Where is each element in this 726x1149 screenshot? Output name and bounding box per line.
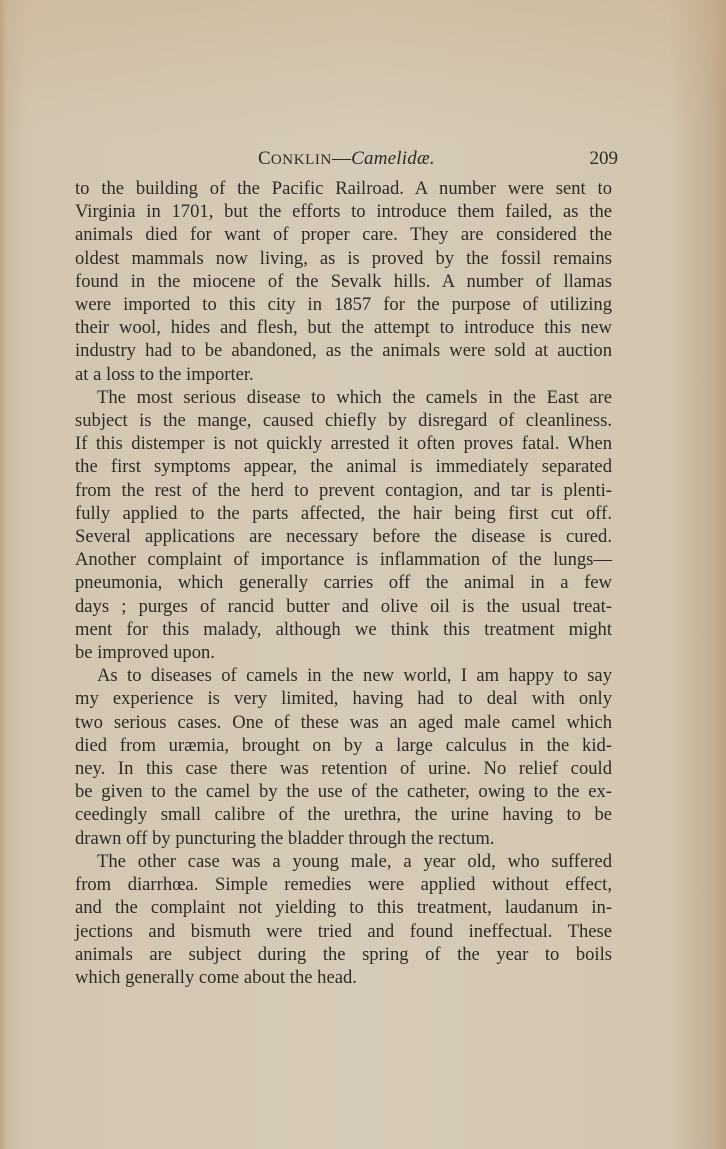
text-line: at a loss to the importer. [75,363,612,386]
text-line: died from uræmia, brought on by a large … [75,734,612,757]
body-text: to the building of the Pacific Railroad.… [75,177,612,989]
paragraph-3: As to diseases of camels in the new worl… [75,664,612,850]
text-line: to the building of the Pacific Railroad.… [75,177,612,200]
page-header: CONKLIN—Camelidæ. 209 [258,144,618,174]
running-head: CONKLIN—Camelidæ. [258,144,435,175]
text-line: be given to the camel by the use of the … [75,780,612,803]
text-line: The other case was a young male, a year … [75,850,612,873]
text-line: pneumonia, which generally carries off t… [75,571,612,594]
paragraph-4: The other case was a young male, a year … [75,850,612,989]
text-line: Another complaint of importance is infla… [75,548,612,571]
text-line: oldest mammals now living, as is proved … [75,247,612,270]
text-line: animals are subject during the spring of… [75,943,612,966]
scanned-page: CONKLIN—Camelidæ. 209 to the building of… [0,0,726,1149]
author-initial: C [258,148,271,169]
text-line: which generally come about the head. [75,966,612,989]
text-line: Virginia in 1701, but the efforts to int… [75,200,612,223]
text-line: subject is the mange, caused chiefly by … [75,409,612,432]
page-number: 209 [590,144,619,174]
text-line: my experience is very limited, having ha… [75,687,612,710]
text-line: the first symptoms appear, the animal is… [75,455,612,478]
paragraph-2: The most serious disease to which the ca… [75,386,612,664]
text-line: fully applied to the parts affected, the… [75,502,612,525]
text-line: ceedingly small calibre of the urethra, … [75,803,612,826]
text-line: As to diseases of camels in the new worl… [75,664,612,687]
text-line: jections and bismuth were tried and foun… [75,920,612,943]
text-line: two serious cases. One of these was an a… [75,711,612,734]
text-line: found in the miocene of the Sevalk hills… [75,270,612,293]
text-line: were imported to this city in 1857 for t… [75,293,612,316]
text-line: industry had to be abandoned, as the ani… [75,339,612,362]
page-edge-shadow [0,0,6,1149]
text-line: If this distemper is not quickly arreste… [75,432,612,455]
header-title: Camelidæ. [351,148,435,169]
text-line: their wool, hides and flesh, but the att… [75,316,612,339]
text-line: The most serious disease to which the ca… [75,386,612,409]
text-line: ney. In this case there was retention of… [75,757,612,780]
text-line: ment for this malady, although we think … [75,618,612,641]
text-line: from the rest of the herd to prevent con… [75,479,612,502]
text-line: days ; purges of rancid butter and olive… [75,595,612,618]
text-line: Several applications are necessary befor… [75,525,612,548]
text-line: from diarrhœa. Simple remedies were appl… [75,873,612,896]
text-line: and the complaint not yielding to this t… [75,896,612,919]
header-dash: — [332,148,351,169]
text-line: drawn off by puncturing the bladder thro… [75,827,612,850]
author-name-smallcaps: ONKLIN [271,152,332,168]
paragraph-1: to the building of the Pacific Railroad.… [75,177,612,386]
text-line: be improved upon. [75,641,612,664]
text-line: animals died for want of proper care. Th… [75,223,612,246]
